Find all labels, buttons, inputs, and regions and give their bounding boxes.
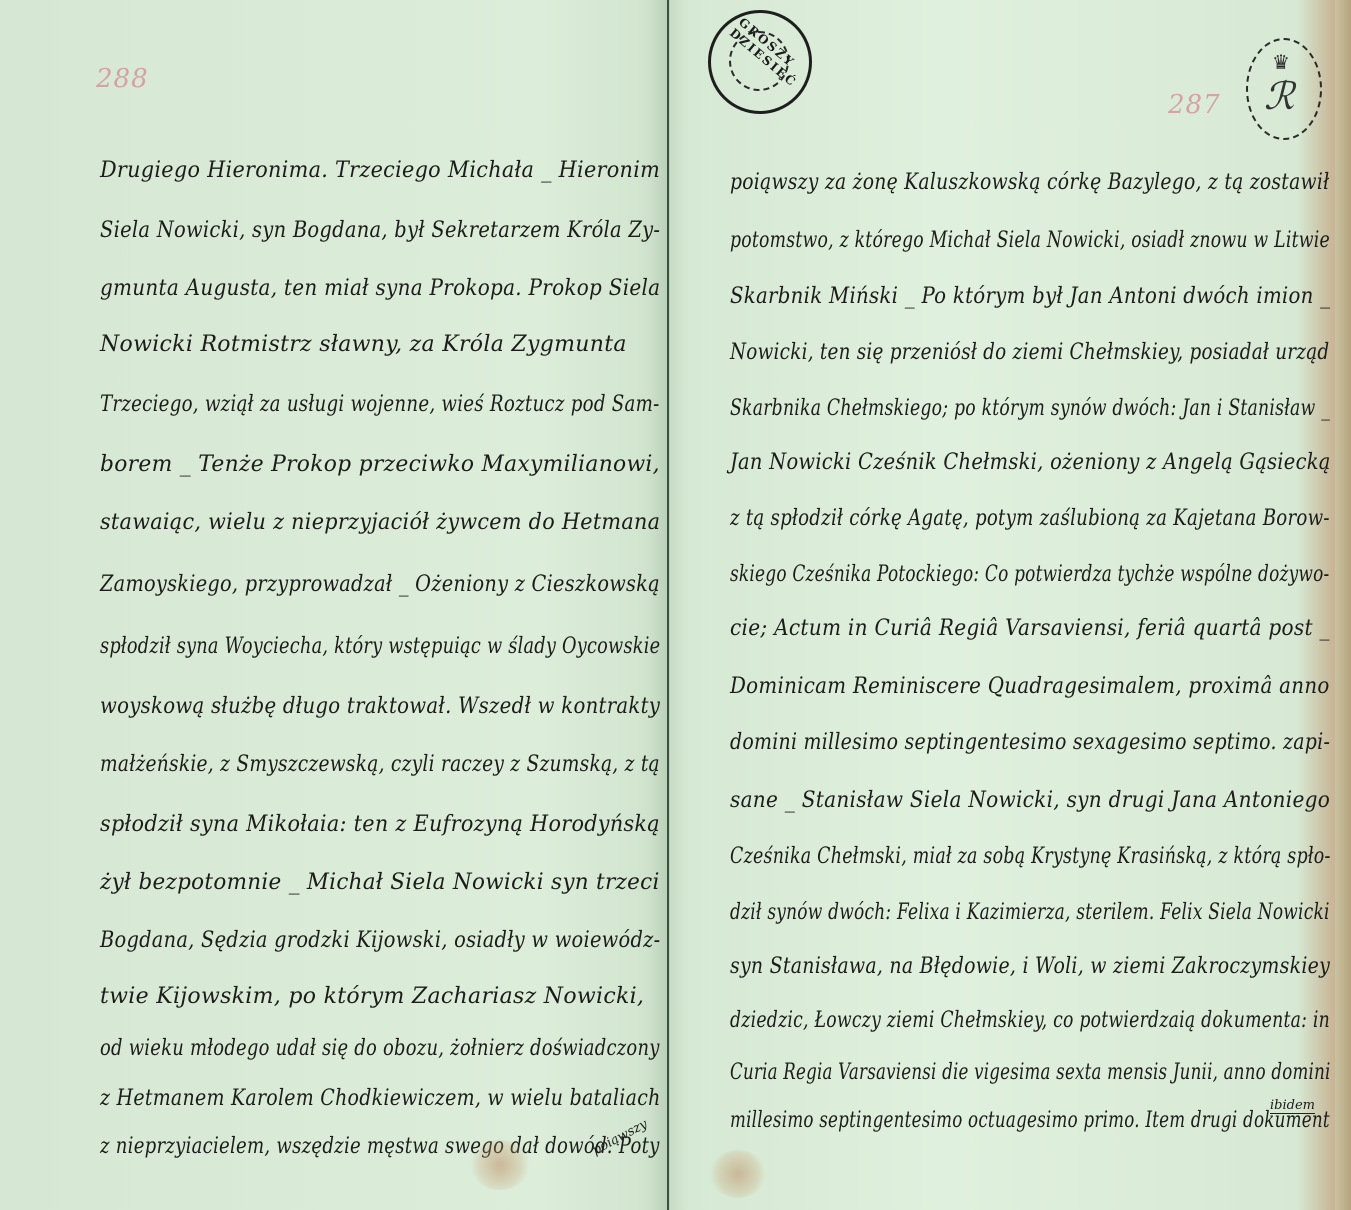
text-line: Nowicki, ten się przeniósł do ziemi Cheł… [730, 340, 1329, 365]
left-page: 288 Drugiego Hieronima. Trzeciego Michał… [0, 0, 667, 1210]
text-line: syn Stanisława, na Błędowie, i Woli, w z… [730, 954, 1330, 979]
tax-stamp: GROSZY DZIESIĘĆ [708, 10, 812, 114]
text-line: z Hetmanem Karolem Chodkiewiczem, w wiel… [100, 1086, 661, 1111]
text-line: Jan Nowicki Cześnik Chełmski, ożeniony z… [730, 450, 1331, 475]
text-line: małżeńskie, z Smyszczewską, czyli raczey… [100, 752, 660, 777]
folio-number: 288 [96, 64, 149, 94]
text-line: od wieku młodego udał się do obozu, żołn… [100, 1036, 660, 1061]
crown-icon: ♛ [1272, 50, 1290, 74]
text-line: Drugiego Hieronima. Trzeciego Michała _ … [100, 158, 660, 183]
ink-stain [470, 1140, 530, 1190]
text-line: borem _ Tenże Prokop przeciwko Maxymilia… [100, 452, 660, 477]
manuscript-spread: 288 Drugiego Hieronima. Trzeciego Michał… [0, 0, 1351, 1210]
text-line: gmunta Augusta, ten miał syna Prokopa. P… [100, 276, 660, 301]
text-line: potomstwo, z którego Michał Siela Nowick… [730, 228, 1330, 253]
text-line: Zamoyskiego, przyprowadzał _ Ożeniony z … [100, 572, 660, 597]
text-line: poiąwszy za żonę Kaluszkowską córkę Bazy… [730, 170, 1329, 195]
text-line: Dominicam Reminiscere Quadragesimalem, p… [730, 674, 1330, 699]
text-line: stawaiąc, wielu z nieprzyjaciół żywcem d… [100, 510, 660, 535]
text-line: Siela Nowicki, syn Bogdana, był Sekretar… [100, 218, 660, 243]
text-line: domini millesimo septingentesimo sexages… [730, 730, 1330, 755]
text-line: sane _ Stanisław Siela Nowicki, syn drug… [730, 788, 1330, 813]
text-line: Bogdana, Sędzia grodzki Kijowski, osiadł… [100, 928, 660, 953]
ink-stain [710, 1150, 766, 1198]
text-line: Nowicki Rotmistrz sławny, za Króla Zygmu… [100, 332, 627, 357]
text-line: skiego Cześnika Potockiego: Co potwierdz… [730, 562, 1329, 587]
text-line: woyskową służbę długo traktował. Wszedł … [100, 694, 660, 719]
book-gutter [667, 0, 669, 1210]
text-line: dził synów dwóch: Felixa i Kazimierza, s… [730, 900, 1330, 925]
text-line: Curia Regia Varsaviensi die vigesima sex… [730, 1060, 1331, 1085]
royal-cipher-icon: ℛ [1264, 74, 1294, 118]
folio-number: 287 [1168, 90, 1221, 120]
page-edge [1335, 0, 1351, 1210]
text-line: spłodził syna Mikołaia: ten z Eufrozyną … [100, 812, 660, 837]
text-line: z tą spłodził córkę Agatę, potym zaślubi… [730, 506, 1330, 531]
text-line: dziedzic, Łowczy ziemi Chełmskiey, co po… [730, 1008, 1330, 1033]
right-page: 287 poiąwszy za żonę Kaluszkowską córkę … [670, 0, 1335, 1210]
text-line: Skarbnika Chełmskiego; po którym synów d… [730, 396, 1330, 421]
text-line: millesimo septingentesimo octuagesimo pr… [730, 1108, 1330, 1133]
text-line: Cześnika Chełmski, miał za sobą Krystynę… [730, 844, 1331, 869]
text-line: żył bezpotomnie _ Michał Siela Nowicki s… [100, 870, 660, 895]
text-line: Trzeciego, wziął za usługi wojenne, wieś… [100, 392, 659, 417]
catchword: ibidem [1270, 1098, 1315, 1114]
text-line: spłodził syna Woyciecha, który wstępuiąc… [100, 634, 660, 659]
text-line: twie Kijowskim, po którym Zachariasz Now… [100, 984, 644, 1009]
text-line: cie; Actum in Curiâ Regiâ Varsaviensi, f… [730, 616, 1330, 641]
monogram-stamp: ♛ ℛ [1246, 38, 1322, 140]
text-line: Skarbnik Miński _ Po którym był Jan Anto… [730, 284, 1330, 309]
text-line: z nieprzyiacielem, wszędzie męstwa swego… [100, 1134, 660, 1159]
